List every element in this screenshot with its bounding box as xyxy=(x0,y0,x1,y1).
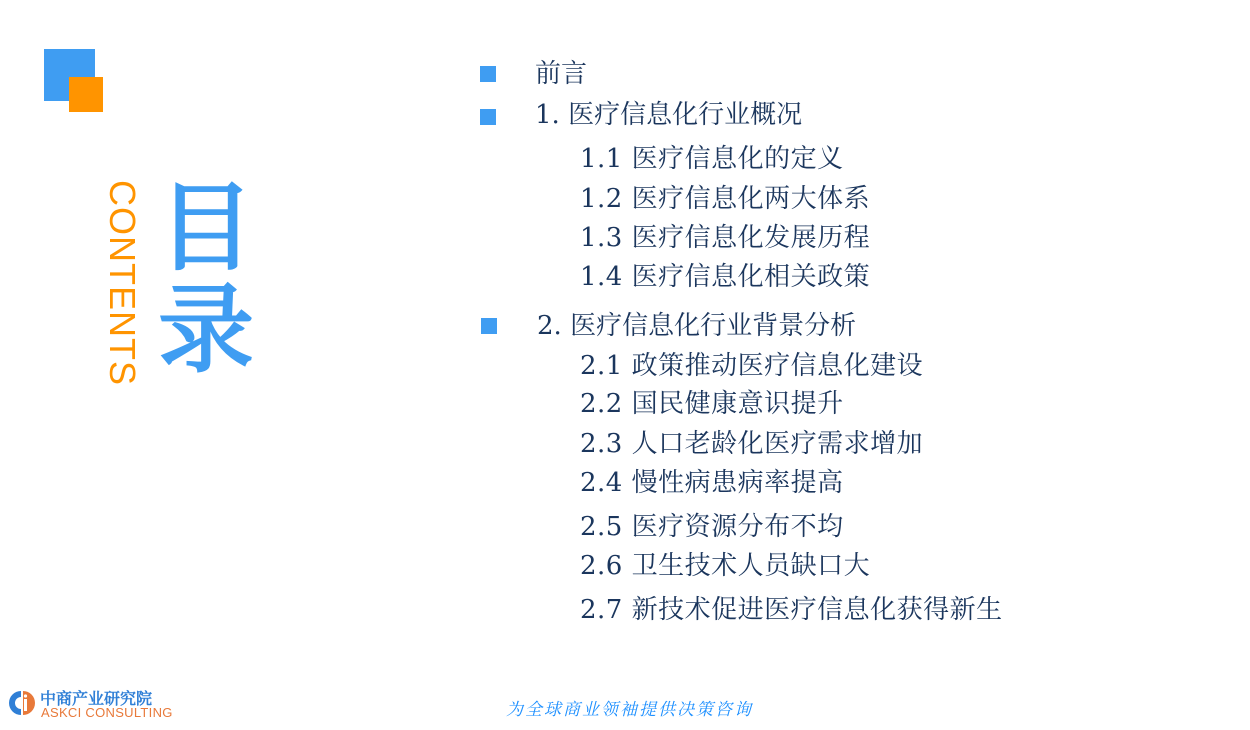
toc-item-2-5[interactable]: 2.5 医疗资源分布不均 xyxy=(580,512,844,542)
askci-logo-icon xyxy=(6,688,36,718)
toc-item-2-3[interactable]: 2.3 人口老龄化医疗需求增加 xyxy=(580,429,923,459)
toc-item-1-3[interactable]: 1.3 医疗信息化发展历程 xyxy=(580,223,870,253)
page-title-char-2: 录 xyxy=(158,282,254,378)
toc-item-1-4[interactable]: 1.4 医疗信息化相关政策 xyxy=(580,262,870,292)
contents-subtitle: CONTENTS xyxy=(104,180,140,390)
toc-item-2-7[interactable]: 2.7 新技术促进医疗信息化获得新生 xyxy=(580,595,1003,625)
bullet-icon xyxy=(480,109,496,125)
toc-section-preface[interactable]: 前言 xyxy=(535,59,587,89)
toc-item-2-4[interactable]: 2.4 慢性病患病率提高 xyxy=(580,468,844,498)
decor-square-orange xyxy=(69,77,103,112)
bullet-icon xyxy=(480,66,496,82)
toc-item-2-1[interactable]: 2.1 政策推动医疗信息化建设 xyxy=(580,351,923,381)
toc-item-1-1[interactable]: 1.1 医疗信息化的定义 xyxy=(580,144,844,174)
toc-item-1-2[interactable]: 1.2 医疗信息化两大体系 xyxy=(580,184,870,214)
toc-item-2-2[interactable]: 2.2 国民健康意识提升 xyxy=(580,389,844,419)
toc-item-2-6[interactable]: 2.6 卫生技术人员缺口大 xyxy=(580,551,870,581)
page-title-char-1: 目 xyxy=(158,180,254,276)
bullet-icon xyxy=(481,318,497,334)
toc-section-1[interactable]: 1. 医疗信息化行业概况 xyxy=(535,100,802,130)
toc-section-2[interactable]: 2. 医疗信息化行业背景分析 xyxy=(537,311,856,341)
footer-slogan: 为全球商业领袖提供决策咨询 xyxy=(506,695,753,720)
logo-text-en: ASKCI CONSULTING xyxy=(41,705,173,720)
